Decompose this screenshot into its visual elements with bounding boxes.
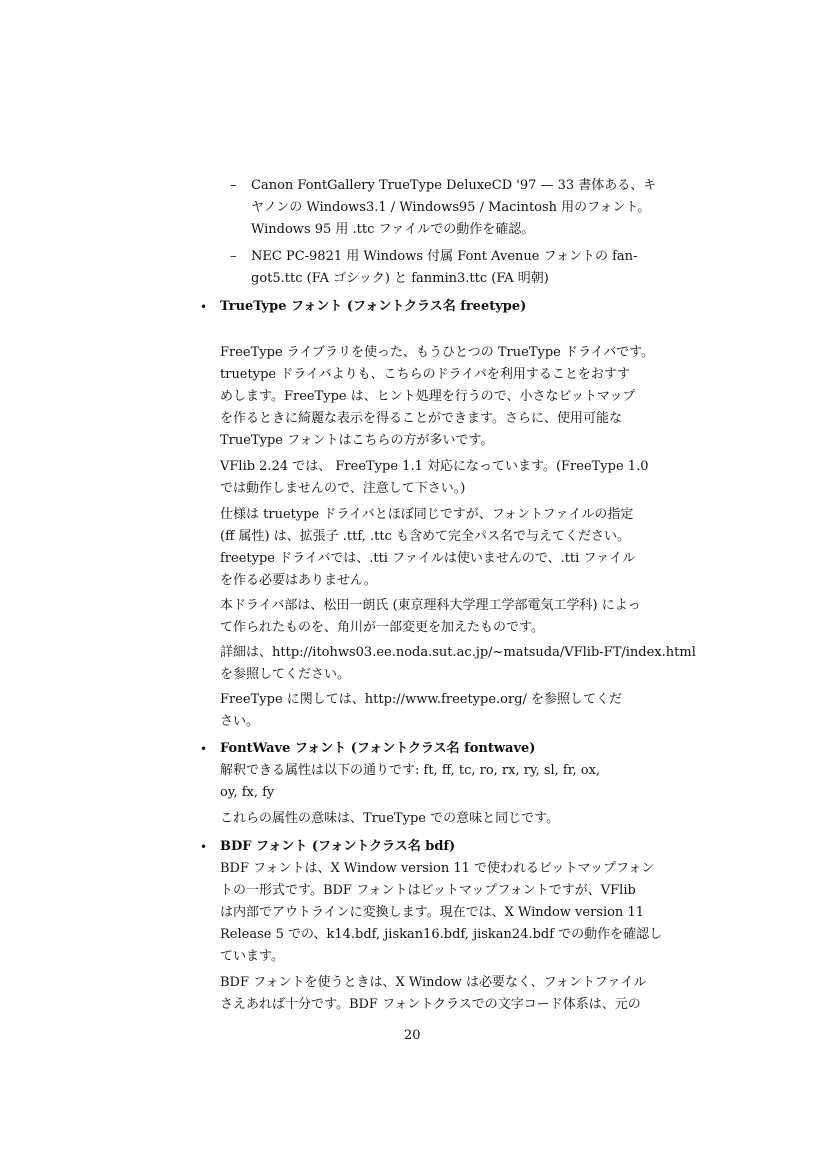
text-line: Windows 95 用 .ttc ファイルでの動作を確認。 (251, 222, 534, 238)
text-line: freetype ドライバでは、.tti ファイルは使いませんので、.tti フ… (220, 551, 635, 567)
text-line: を作る必要はありません。 (220, 573, 377, 589)
text-line: 解釈できる属性は以下の通りです: ft, ff, tc, ro, rx, ry,… (220, 763, 600, 779)
text-line: さえあれば十分です。BDF フォントクラスでの文字コード体系は、元の (220, 997, 641, 1013)
text-line: truetype ドライバよりも、こちらのドライバを利用することをおすす (220, 367, 630, 383)
text-line: got5.ttc (FA ゴシック) と fanmin3.ttc (FA 明朝) (251, 271, 549, 287)
text-line: FreeType ライブラリを使った、もうひとつの TrueType ドライバで… (220, 345, 654, 361)
text-line: は内部でアウトラインに変換します。現在では、X Window version 1… (220, 905, 644, 921)
text-line: て作られたものを、角川が一部変更を加えたものです。 (220, 620, 544, 636)
section-heading: FontWave フォント (フォントクラス名 fontwave) (220, 741, 535, 757)
section-heading: TrueType フォント (フォントクラス名 freetype) (220, 299, 526, 315)
text-line: Canon FontGallery TrueType DeluxeCD '97 … (251, 178, 656, 194)
text-line: 本ドライバ部は、松田一朗氏 (東京理科大学理工学部電気工学科) によっ (220, 598, 641, 614)
text-line: ヤノンの Windows3.1 / Windows95 / Macintosh … (251, 200, 650, 216)
text-line: BDF フォントは、X Window version 11 で使われるビットマッ… (220, 861, 654, 877)
text-line: TrueType フォントはこちらの方が多いです。 (220, 433, 493, 449)
text-line: oy, fx, fy (220, 785, 274, 801)
text-line: 仕様は truetype ドライバとほぼ同じですが、フォントファイルの指定 (220, 507, 633, 523)
text-line: NEC PC-9821 用 Windows 付属 Font Avenue フォン… (251, 249, 637, 265)
text-line: これらの属性の意味は、TrueType での意味と同じです。 (220, 811, 559, 827)
text-line: を作るときに綺麗な表示を得ることができます。さらに、使用可能な (220, 411, 622, 427)
bullet-icon: • (200, 742, 207, 756)
text-line: (ff 属性) は、拡張子 .ttf, .ttc も含めて完全パス名で与えてくだ… (220, 529, 630, 545)
url-line: FreeType に関しては、http://www.freetype.org/ … (220, 692, 622, 708)
url-line: 詳細は、http://itohws03.ee.noda.sut.ac.jp/~m… (220, 645, 696, 661)
text-line: を参照してください。 (220, 667, 350, 683)
text-line: ています。 (220, 949, 284, 965)
bullet-icon: • (200, 300, 207, 314)
text-line: さい。 (220, 714, 259, 730)
text-line: トの一形式です。BDF フォントはビットマップフォントですが、VFlib (220, 883, 636, 899)
text-line: BDF フォントを使うときは、X Window は必要なく、フォントファイル (220, 975, 646, 991)
section-heading: BDF フォント (フォントクラス名 bdf) (220, 839, 455, 855)
list-dash-marker: – (230, 178, 237, 193)
bullet-icon: • (200, 840, 207, 854)
page-number: 20 (404, 1028, 421, 1043)
text-line: めします。FreeType は、ヒント処理を行うので、小さなビットマップ (220, 389, 635, 405)
text-line: VFlib 2.24 では、 FreeType 1.1 対応になっています。(F… (220, 459, 648, 475)
text-line: Release 5 での、k14.bdf, jiskan16.bdf, jisk… (220, 927, 662, 943)
text-line: では動作しませんので、注意して下さい。) (220, 481, 465, 497)
list-dash-marker: – (230, 249, 237, 264)
